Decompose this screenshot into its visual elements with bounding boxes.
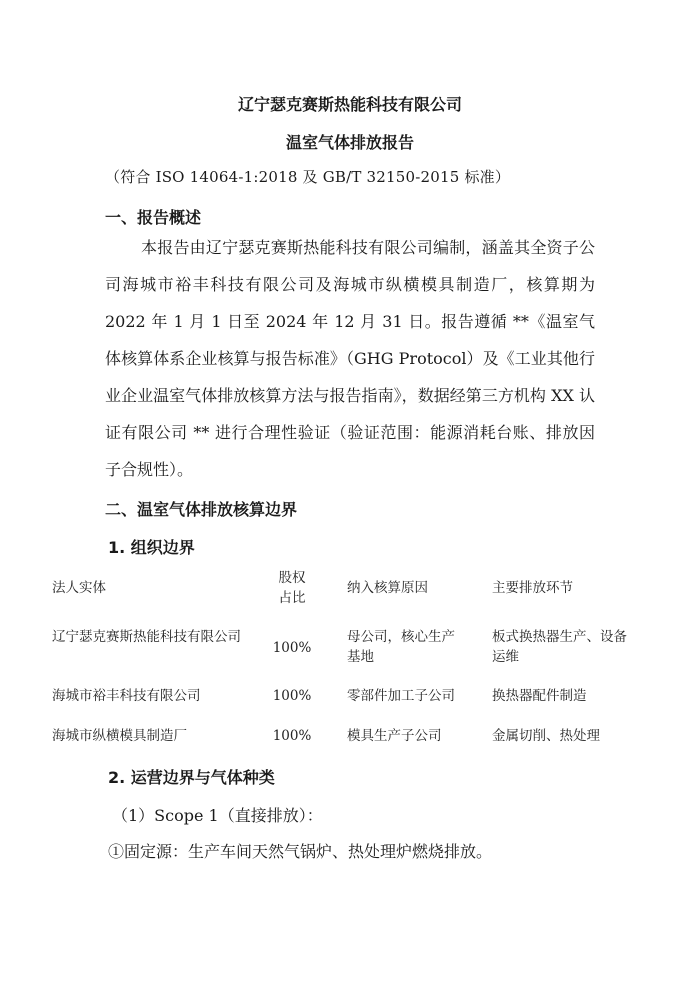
cell-share: 100% — [270, 726, 314, 746]
cell-reason: 模具生产子公司 — [347, 726, 457, 746]
cell-reason: 母公司，核心生产基地 — [347, 627, 455, 667]
section-1-heading: 一、报告概述 — [105, 205, 201, 228]
cell-emission: 板式换热器生产、设备运维 — [492, 627, 637, 667]
paragraph-line: 本报告由辽宁瑟克赛斯热能科技有限公司编制，涵盖其全资子公 — [105, 229, 595, 266]
header-share: 股权 占比 — [270, 568, 314, 608]
cell-reason: 零部件加工子公司 — [347, 686, 477, 706]
paragraph-line: 证有限公司 ** 进行合理性验证（验证范围：能源消耗台账、排放因 — [105, 414, 595, 451]
cell-share: 100% — [270, 638, 314, 658]
section-2-heading: 二、温室气体排放核算边界 — [105, 497, 297, 520]
operational-boundary-heading: 2. 运营边界与气体种类 — [108, 765, 275, 788]
overview-paragraph: 本报告由辽宁瑟克赛斯热能科技有限公司编制，涵盖其全资子公 司海城市裕丰科技有限公… — [105, 229, 595, 488]
document-page: 辽宁瑟克赛斯热能科技有限公司 温室气体排放报告 （符合 ISO 14064-1:… — [0, 0, 700, 990]
paragraph-line: 2022 年 1 月 1 日至 2024 年 12 月 31 日。报告遵循 **… — [105, 303, 595, 340]
paragraph-line: 子合规性）。 — [105, 451, 595, 488]
cell-entity: 辽宁瑟克赛斯热能科技有限公司 — [52, 627, 242, 647]
paragraph-line: 业企业温室气体排放核算方法与报告指南》，数据经第三方机构 XX 认 — [105, 377, 595, 414]
cell-entity: 海城市纵横模具制造厂 — [52, 726, 252, 746]
header-entity: 法人实体 — [52, 578, 252, 598]
scope1-label: （1）Scope 1（直接排放）： — [112, 803, 323, 826]
header-share-line1: 股权 — [270, 568, 314, 588]
cell-emission: 金属切削、热处理 — [492, 726, 632, 746]
paragraph-line: 司海城市裕丰科技有限公司及海城市纵横模具制造厂，核算期为 — [105, 266, 595, 303]
header-emission: 主要排放环节 — [492, 578, 632, 598]
header-reason: 纳入核算原因 — [347, 578, 457, 598]
cell-share: 100% — [270, 686, 314, 706]
cell-entity: 海城市裕丰科技有限公司 — [52, 686, 252, 706]
cell-emission: 换热器配件制造 — [492, 686, 632, 706]
company-title: 辽宁瑟克赛斯热能科技有限公司 — [0, 92, 700, 115]
stationary-source-item: ①固定源：生产车间天然气锅炉、热处理炉燃烧排放。 — [108, 839, 492, 862]
org-boundary-heading: 1. 组织边界 — [108, 535, 195, 558]
report-title: 温室气体排放报告 — [0, 130, 700, 153]
standards-note: （符合 ISO 14064-1:2018 及 GB/T 32150-2015 标… — [105, 166, 510, 187]
header-share-line2: 占比 — [270, 588, 314, 608]
paragraph-line: 体核算体系企业核算与报告标准》（GHG Protocol）及《工业其他行 — [105, 340, 595, 377]
